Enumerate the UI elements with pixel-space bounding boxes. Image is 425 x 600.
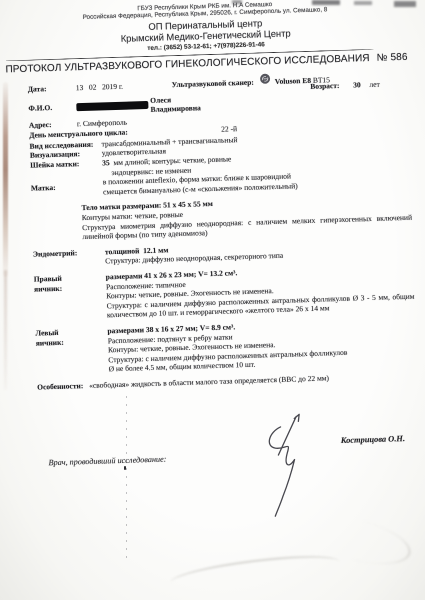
name-label: Ф.И.О. bbox=[28, 103, 76, 114]
letterhead: ГБУЗ Республики Крым РКБ им. Н.А Семашко… bbox=[0, 0, 419, 58]
right-ovary-row: Правый яичник: размерами 41 х 26 х 23 мм… bbox=[34, 263, 415, 323]
right-ovary-label-2: яичник: bbox=[34, 283, 62, 293]
address-value: г. Симферополь bbox=[77, 117, 128, 128]
scanner-label: Ультразвуковой сканер: bbox=[172, 78, 254, 90]
uterus-body-block: Тело матки размерами: 51 х 45 х 55 мм Ко… bbox=[81, 193, 412, 242]
cervix-label: Шейка матки: bbox=[30, 158, 103, 179]
right-ovary-lines: размерами 41 х 26 х 23 мм; V= 13.2 см³. … bbox=[106, 263, 415, 321]
right-ovary-label-1: Правый bbox=[34, 274, 62, 284]
date-value: 13 02 2019 г. bbox=[76, 81, 172, 94]
date-label: Дата: bbox=[28, 84, 76, 95]
endometrium-lines: толщиной 12.1 мм Структура: диффузно нео… bbox=[105, 238, 413, 267]
document-number: № 586 bbox=[377, 52, 408, 64]
redacted-surname bbox=[76, 101, 148, 111]
patient-info: Дата: 13 02 2019 г. Ультразвуковой скане… bbox=[0, 69, 425, 393]
endometrium-label: Эндометрий: bbox=[33, 247, 106, 268]
footer: Врач, проводивший исследование: Кострицо… bbox=[6, 440, 425, 471]
doctor-label: Врач, проводивший исследование: bbox=[48, 454, 166, 467]
ge-logo-icon bbox=[260, 73, 271, 84]
left-ovary-lines: размерами 38 х 16 х 27 мм; V= 8.9 см³. Р… bbox=[107, 317, 416, 375]
age-value: 30 bbox=[353, 80, 361, 89]
features-value: «свободная» жидкость в области малого та… bbox=[89, 371, 417, 391]
scanned-document: ГБУЗ Республики Крым РКБ им. Н.А Семашко… bbox=[0, 0, 425, 600]
patient-name: Олеся Владимировна bbox=[150, 94, 199, 115]
scanner-name: Voluson E8 bbox=[275, 76, 311, 87]
doctor-signature bbox=[260, 411, 325, 522]
right-ovary-label: Правый яичник: bbox=[34, 272, 107, 322]
document-page: ГБУЗ Республики Крым РКБ им. Н.А Семашко… bbox=[0, 0, 425, 600]
left-ovary-row: Левый яичник: размерами 38 х 16 х 27 мм;… bbox=[35, 317, 416, 377]
left-ovary-label-1: Левый bbox=[35, 328, 58, 338]
age-label: Возраст: bbox=[310, 81, 339, 91]
left-ovary-label-2: яичник: bbox=[36, 337, 64, 347]
address-label: Адрес: bbox=[29, 119, 77, 130]
left-ovary-label: Левый яичник: bbox=[35, 326, 108, 376]
age-unit: лет bbox=[369, 80, 380, 89]
doctor-name: Кострицова О.Н. bbox=[341, 434, 405, 445]
features-label: Особенности: bbox=[37, 381, 89, 392]
uterus-label: Матка: bbox=[31, 178, 104, 199]
